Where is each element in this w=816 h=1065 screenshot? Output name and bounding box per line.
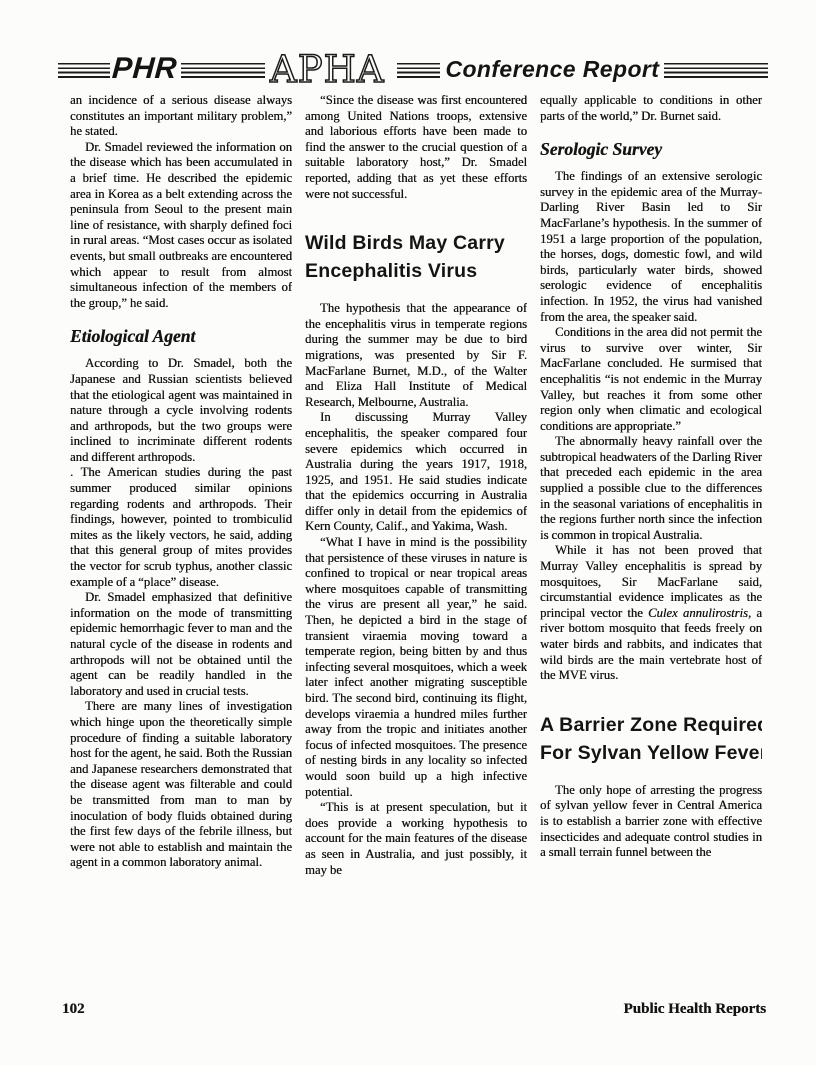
body-paragraph: an incidence of a serious disease always… bbox=[70, 93, 292, 140]
body-paragraph: “Since the disease was first encountered… bbox=[305, 93, 527, 202]
body-paragraph: While it has not been proved that Murray… bbox=[540, 543, 762, 683]
journal-page: PHR APHA Conference Report an incidence … bbox=[0, 0, 816, 1065]
section-heading-etiological-agent: Etiological Agent bbox=[70, 326, 292, 347]
masthead: PHR APHA Conference Report bbox=[58, 50, 768, 90]
body-paragraph: Conditions in the area did not permit th… bbox=[540, 325, 762, 434]
body-paragraph: According to Dr. Smadel, both the Japane… bbox=[70, 356, 292, 465]
body-paragraph: Dr. Smadel reviewed the information on t… bbox=[70, 140, 292, 312]
body-paragraph: Dr. Smadel emphasized that definitive in… bbox=[70, 590, 292, 699]
column-3: equally applicable to conditions in othe… bbox=[540, 93, 762, 995]
decorative-rule bbox=[181, 63, 265, 78]
body-paragraph: “This is at present speculation, but it … bbox=[305, 800, 527, 878]
body-paragraph: The findings of an extensive serologic s… bbox=[540, 169, 762, 325]
apha-logo: APHA bbox=[265, 51, 397, 89]
article-heading-line: Encephalitis Virus bbox=[305, 257, 527, 285]
body-paragraph: The hypothesis that the appearance of th… bbox=[305, 301, 527, 410]
conference-report-title: Conference Report bbox=[440, 56, 664, 85]
journal-name: Public Health Reports bbox=[624, 1001, 767, 1018]
article-heading-barrier-zone: A Barrier Zone Required For Sylvan Yello… bbox=[540, 711, 762, 767]
page-footer: 102 Public Health Reports bbox=[62, 1001, 766, 1018]
apha-logo-text: APHA bbox=[269, 51, 385, 89]
article-heading-line: For Sylvan Yellow Fever bbox=[540, 739, 762, 767]
body-paragraph: . The American studies during the past s… bbox=[70, 465, 292, 590]
species-name: Culex annulirostris bbox=[648, 606, 748, 620]
page-number: 102 bbox=[62, 1001, 85, 1018]
article-heading-line: Wild Birds May Carry bbox=[305, 229, 527, 257]
body-paragraph: “What I have in mind is the possibility … bbox=[305, 535, 527, 800]
phr-logo: PHR bbox=[109, 52, 182, 88]
body-paragraph: In discussing Murray Valley encephalitis… bbox=[305, 410, 527, 535]
body-paragraph: The abnormally heavy rainfall over the s… bbox=[540, 434, 762, 543]
body-paragraph: The only hope of arresting the progress … bbox=[540, 783, 762, 861]
section-heading-serologic-survey: Serologic Survey bbox=[540, 139, 762, 160]
column-1: an incidence of a serious disease always… bbox=[70, 93, 292, 995]
article-heading-line: A Barrier Zone Required bbox=[540, 711, 762, 739]
decorative-rule bbox=[397, 63, 441, 78]
decorative-rule bbox=[664, 63, 768, 78]
body-paragraph: equally applicable to conditions in othe… bbox=[540, 93, 762, 124]
body-paragraph: There are many lines of investigation wh… bbox=[70, 699, 292, 871]
decorative-rule bbox=[58, 63, 110, 78]
article-columns: an incidence of a serious disease always… bbox=[70, 93, 762, 995]
article-heading-wild-birds: Wild Birds May Carry Encephalitis Virus bbox=[305, 229, 527, 285]
column-2: “Since the disease was first encountered… bbox=[305, 93, 527, 995]
